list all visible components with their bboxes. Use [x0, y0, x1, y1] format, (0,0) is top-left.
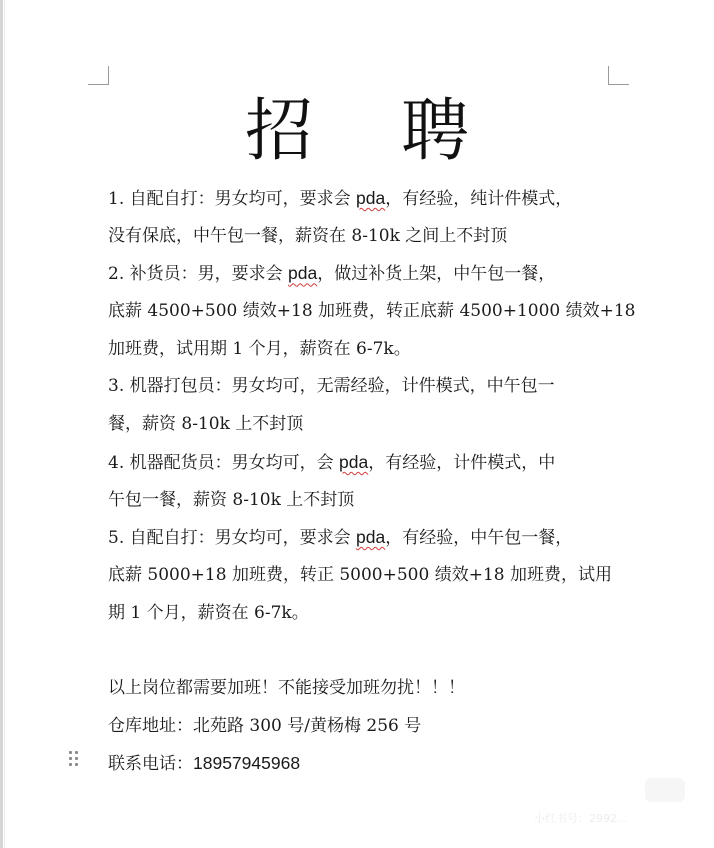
- spellcheck-word: pda: [288, 263, 317, 283]
- address-text: 仓库地址：北苑路 300 号/黄杨梅 256 号: [108, 716, 421, 736]
- line-text: 2. 补货员：男，要求会: [108, 264, 288, 284]
- line-text: 3. 机器打包员：男女均可，无需经验，计件模式，中午包一: [108, 376, 555, 396]
- listing-line: 午包一餐，薪资 8-10k 上不封顶: [108, 482, 614, 520]
- listing-line: 没有保底，中午包一餐，薪资在 8-10k 之间上不封顶: [108, 218, 614, 256]
- watermark-logo-icon: [645, 778, 685, 802]
- line-text: 5. 自配自打：男女均可，要求会: [108, 528, 356, 548]
- phone-label: 联系电话：: [108, 754, 193, 774]
- line-text: 餐，薪资 8-10k 上不封顶: [108, 414, 303, 434]
- listing-line: 期 1 个月，薪资在 6-7k。: [108, 595, 614, 633]
- line-text: 底薪 5000+18 加班费，转正 5000+500 绩效+18 加班费，试用: [108, 565, 612, 585]
- listing-line: 2. 补货员：男，要求会 pda，做过补货上架，中午包一餐，: [108, 255, 614, 293]
- page-title: 招聘: [0, 92, 714, 172]
- line-text: ，有经验，计件模式，中: [368, 453, 555, 473]
- line-text: ，有经验，纯计件模式，: [385, 189, 572, 209]
- spellcheck-word: pda: [356, 527, 385, 547]
- job-listings: 1. 自配自打：男女均可，要求会 pda，有经验，纯计件模式，没有保底，中午包一…: [108, 180, 614, 632]
- listing-line: 4. 机器配货员：男女均可，会 pda，有经验，计件模式，中: [108, 444, 614, 482]
- listing-line: 3. 机器打包员：男女均可，无需经验，计件模式，中午包一: [108, 368, 614, 406]
- line-text: ，有经验，中午包一餐，: [385, 528, 572, 548]
- warehouse-address: 仓库地址：北苑路 300 号/黄杨梅 256 号: [108, 708, 614, 746]
- title-char-1: 招: [245, 92, 313, 172]
- line-text: 加班费，试用期 1 个月，薪资在 6-7k。: [108, 339, 411, 359]
- line-text: 期 1 个月，薪资在 6-7k。: [108, 603, 309, 623]
- contact-phone-line: 联系电话：18957945968: [108, 745, 614, 783]
- listing-line: 底薪 5000+18 加班费，转正 5000+500 绩效+18 加班费，试用: [108, 557, 614, 595]
- listing-line: 餐，薪资 8-10k 上不封顶: [108, 406, 614, 444]
- margin-mark-top-right: [608, 66, 629, 85]
- watermark: 小红书号：2992...: [534, 810, 627, 826]
- document-body[interactable]: 1. 自配自打：男女均可，要求会 pda，有经验，纯计件模式，没有保底，中午包一…: [108, 180, 614, 783]
- overtime-notice: 以上岗位都需要加班！不能接受加班勿扰！！！: [108, 670, 614, 708]
- margin-mark-top-left: [88, 66, 109, 85]
- listing-line: 底薪 4500+500 绩效+18 加班费，转正底薪 4500+1000 绩效+…: [108, 293, 614, 331]
- line-text: ，做过补货上架，中午包一餐，: [317, 264, 555, 284]
- line-text: 1. 自配自打：男女均可，要求会: [108, 189, 356, 209]
- line-text: 没有保底，中午包一餐，薪资在 8-10k 之间上不封顶: [108, 226, 507, 246]
- title-char-2: 聘: [401, 92, 469, 172]
- listing-line: 1. 自配自打：男女均可，要求会 pda，有经验，纯计件模式，: [108, 180, 614, 218]
- listing-line: 5. 自配自打：男女均可，要求会 pda，有经验，中午包一餐，: [108, 519, 614, 557]
- spellcheck-word: pda: [356, 188, 385, 208]
- line-text: 4. 机器配货员：男女均可，会: [108, 453, 339, 473]
- phone-number: 18957945968: [193, 753, 300, 773]
- drag-handle-icon[interactable]: [69, 751, 79, 767]
- spellcheck-word: pda: [339, 452, 368, 472]
- blank-line: [108, 632, 614, 670]
- line-text: 午包一餐，薪资 8-10k 上不封顶: [108, 490, 354, 510]
- listing-line: 加班费，试用期 1 个月，薪资在 6-7k。: [108, 331, 614, 369]
- line-text: 底薪 4500+500 绩效+18 加班费，转正底薪 4500+1000 绩效+…: [108, 301, 636, 321]
